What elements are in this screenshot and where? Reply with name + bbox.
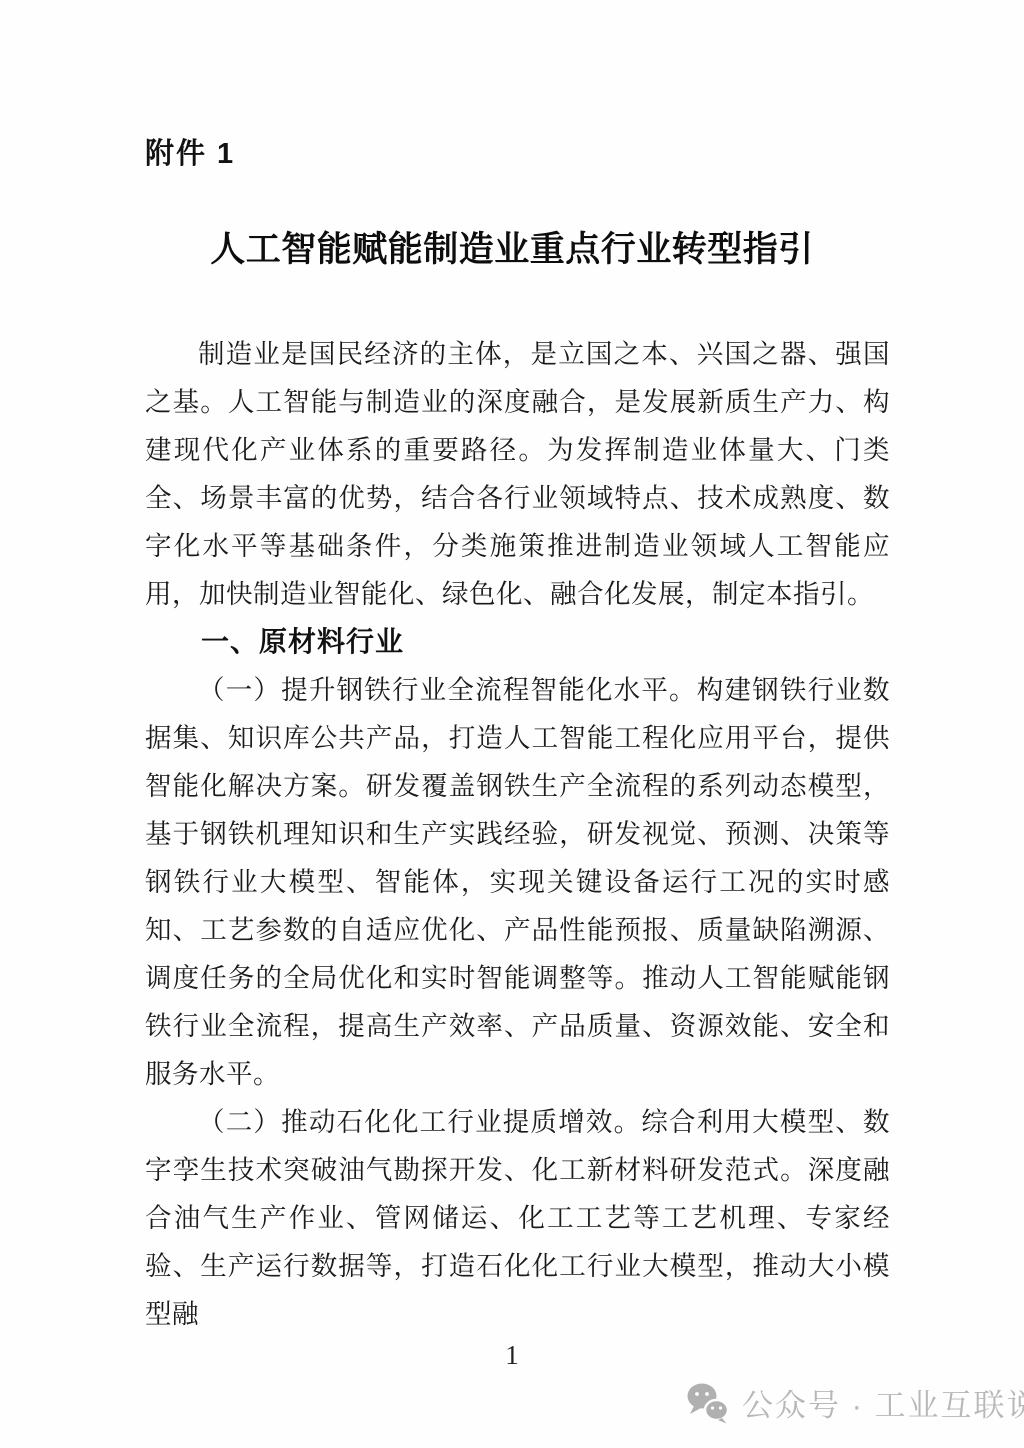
attachment-label: 附件 1 [145, 131, 235, 172]
document-title: 人工智能赋能制造业重点行业转型指引 [0, 222, 1024, 272]
paragraph-steel-industry: （一）提升钢铁行业全流程智能化水平。构建钢铁行业数据集、知识库公共产品，打造人工… [145, 666, 890, 1098]
section-heading-raw-materials: 一、原材料行业 [145, 618, 890, 666]
watermark: 公众号 · 工业互联说 [686, 1380, 1024, 1425]
document-page: 附件 1 人工智能赋能制造业重点行业转型指引 制造业是国民经济的主体，是立国之本… [0, 0, 1024, 1448]
wechat-icon [686, 1382, 730, 1424]
document-body: 制造业是国民经济的主体，是立国之本、兴国之器、强国之基。人工智能与制造业的深度融… [145, 330, 890, 1338]
paragraph-intro: 制造业是国民经济的主体，是立国之本、兴国之器、强国之基。人工智能与制造业的深度融… [145, 330, 890, 618]
watermark-text: 公众号 · 工业互联说 [742, 1380, 1024, 1425]
page-number: 1 [0, 1340, 1024, 1371]
paragraph-petrochemical-industry: （二）推动石化化工行业提质增效。综合利用大模型、数字孪生技术突破油气勘探开发、化… [145, 1098, 890, 1338]
